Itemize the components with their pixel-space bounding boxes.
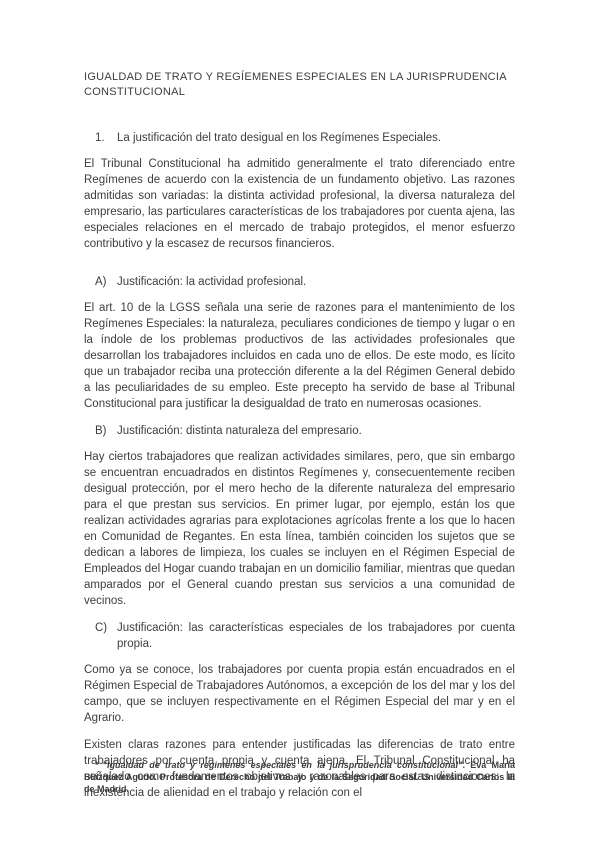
heading-1-marker: 1. bbox=[95, 130, 117, 146]
paragraph-2: El art. 10 de la LGSS señala una serie d… bbox=[84, 300, 515, 412]
heading-b: B) Justificación: distinta naturaleza de… bbox=[95, 423, 515, 439]
document-page: IGUALDAD DE TRATO Y REGÍEMENES ESPECIALE… bbox=[0, 0, 599, 848]
heading-1: 1. La justificación del trato desigual e… bbox=[95, 130, 515, 146]
document-title: IGUALDAD DE TRATO Y REGÍEMENES ESPECIALE… bbox=[84, 70, 515, 100]
heading-a-marker: A) bbox=[95, 274, 117, 290]
heading-c-text: Justificación: las características espec… bbox=[117, 620, 515, 652]
heading-a: A) Justificación: la actividad profesion… bbox=[95, 274, 515, 290]
footnote-work-title: “Igualdad de trato y regimenes especiale… bbox=[103, 760, 463, 770]
heading-a-text: Justificación: la actividad profesional. bbox=[117, 274, 515, 290]
paragraph-4: Como ya se conoce, los trabajadores por … bbox=[84, 662, 515, 726]
heading-b-marker: B) bbox=[95, 423, 117, 439]
paragraph-3: Hay ciertos trabajadores que realizan ac… bbox=[84, 449, 515, 609]
footnote: *“Igualdad de trato y regimenes especial… bbox=[84, 759, 515, 795]
heading-c: C) Justificación: las características es… bbox=[95, 620, 515, 652]
footnote-asterisk: * bbox=[95, 760, 99, 770]
heading-b-text: Justificación: distinta naturaleza del e… bbox=[117, 423, 515, 439]
heading-c-marker: C) bbox=[95, 620, 117, 652]
paragraph-1: El Tribunal Constitucional ha admitido g… bbox=[84, 156, 515, 252]
heading-1-text: La justificación del trato desigual en l… bbox=[117, 130, 515, 146]
